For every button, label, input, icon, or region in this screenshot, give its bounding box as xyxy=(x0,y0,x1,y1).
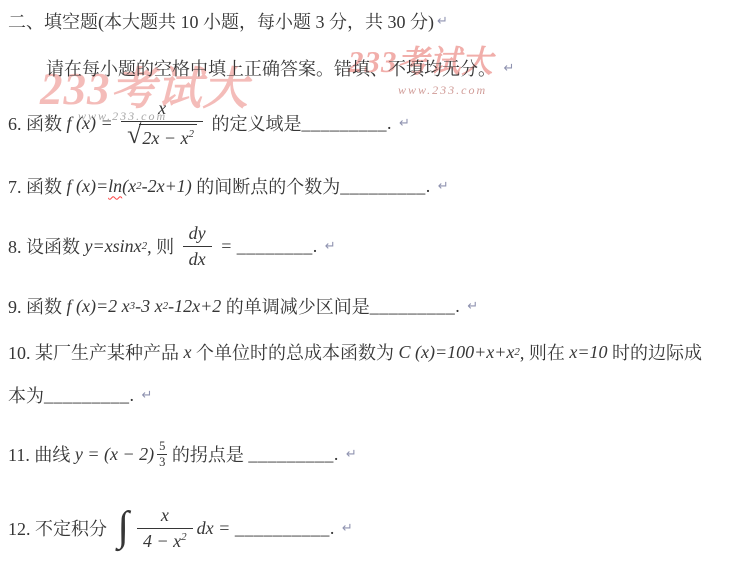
q8-comma-then: , 则 xyxy=(147,233,179,259)
q8-dy: dy xyxy=(183,223,212,246)
q6-radicand: 2x − x2 xyxy=(139,124,197,149)
q12-dx: dx xyxy=(197,518,214,539)
question-6-lead: 6. 函数 xyxy=(8,110,67,136)
answer-blank: _________ xyxy=(44,385,130,406)
question-12-lead: 12. 不定积分 xyxy=(8,515,112,541)
q6-numerator: x xyxy=(152,98,172,121)
q7-period: . xyxy=(426,176,435,197)
question-10-line2: 本为_________. ↵ xyxy=(8,381,152,409)
q8-function-expr: y=xsinx xyxy=(85,236,142,257)
section-heading: 二、填空题(本大题共 10 小题，每小题 3 分，共 30 分)↵ xyxy=(8,8,448,34)
paragraph-mark-icon: ↵ xyxy=(325,239,336,254)
q7-arg-open: (x xyxy=(122,176,136,197)
q10-period: . xyxy=(130,385,139,406)
q12-numerator: x xyxy=(155,505,175,528)
q7-ln-misspelled: ln xyxy=(108,176,122,197)
q11-exponent-fraction: 53 xyxy=(157,439,167,469)
q11-curve-base: y = (x − 2) xyxy=(75,444,154,465)
q9-poly-b: -3 x xyxy=(135,296,162,317)
watermark-233-url: www.233.com xyxy=(398,83,494,98)
q6-function-expr: f (x) = xyxy=(67,113,118,134)
question-7-tail: 的间断点的个数为 xyxy=(196,173,340,199)
q12-period: . xyxy=(330,518,339,539)
question-11-tail: 的拐点是 xyxy=(167,441,248,467)
q10-cost-function: C (x)=100+x+x xyxy=(399,342,515,363)
q10-mid3: 时的边际成 xyxy=(608,339,703,365)
integral-sign-icon: ∫ xyxy=(118,511,130,545)
question-9-tail: 的单调减少区间是 xyxy=(226,293,370,319)
paragraph-mark-icon: ↵ xyxy=(342,521,353,536)
question-10-lead: 10. 某厂生产某种产品 xyxy=(8,339,184,365)
q6-fraction: x√2x − x2 xyxy=(121,98,203,149)
q9-period: . xyxy=(455,296,464,317)
q10-x-units: x xyxy=(184,342,192,363)
answer-blank: ________ xyxy=(237,236,313,257)
q6-denominator: √2x − x2 xyxy=(121,121,203,149)
question-8: 8. 设函数 y=xsinx2, 则 dydx = ________. ↵ xyxy=(8,215,336,277)
question-9: 9. 函数 f (x)=2 x3-3 x2-12x+2 的单调减少区间是____… xyxy=(8,292,478,320)
q12-integrand-fraction: x4 − x2 xyxy=(137,505,193,552)
q12-equals: = xyxy=(214,518,235,539)
q12-denominator-text: 4 − x xyxy=(143,531,181,551)
q6-period: . xyxy=(387,113,396,134)
paragraph-mark-icon: ↵ xyxy=(467,299,478,314)
paragraph-mark-icon: ↵ xyxy=(346,447,357,462)
question-12: 12. 不定积分 ∫x4 − x2dx = __________. ↵ xyxy=(8,494,353,562)
q12-exponent: 2 xyxy=(181,531,187,543)
q10-mid1: 个单位时的总成本函数为 xyxy=(192,339,399,365)
question-8-lead: 8. 设函数 xyxy=(8,233,85,259)
q10-mid2: , 则在 xyxy=(520,339,570,365)
paragraph-mark-icon: ↵ xyxy=(438,179,449,194)
question-6-tail: 的定义域是 xyxy=(207,110,302,136)
paragraph-mark-icon: ↵ xyxy=(437,14,448,29)
question-11: 11. 曲线 y = (x − 2)53 的拐点是 _________. ↵ xyxy=(8,423,357,485)
instructions-line: 请在每小题的空格中填上正确答案。错填、不填均无分。 ↵ xyxy=(46,55,514,81)
answer-blank: __________ xyxy=(235,518,330,539)
q9-poly-c: -12x+2 xyxy=(168,296,226,317)
q10-line2-text: 本为 xyxy=(8,382,44,408)
question-10-line1: 10. 某厂生产某种产品 x 个单位时的总成本函数为 C (x)=100+x+x… xyxy=(8,337,702,367)
q11-period: . xyxy=(334,444,343,465)
q10-x-equals-10: x=10 xyxy=(569,342,607,363)
q6-radicand-exponent: 2 xyxy=(189,128,195,140)
q6-radicand-text: 2x − x xyxy=(142,128,188,148)
q8-dx: dx xyxy=(183,246,212,270)
question-7: 7. 函数 f (x)=ln(x2-2x+1) 的间断点的个数为________… xyxy=(8,172,449,200)
answer-blank: _________ xyxy=(248,444,334,465)
q11-exp-denominator: 3 xyxy=(157,454,167,469)
q8-period: . xyxy=(313,236,322,257)
answer-blank: _________ xyxy=(302,113,388,134)
paragraph-mark-icon: ↵ xyxy=(142,388,153,403)
document-page: 233考试大 www.233.com 233考试大 www.233.com 二、… xyxy=(0,0,756,570)
q11-exp-numerator: 5 xyxy=(159,439,165,453)
q7-function-expr: f (x)= xyxy=(67,176,109,197)
q7-arg-rest: -2x+1) xyxy=(142,176,197,197)
q8-equals: = xyxy=(216,236,237,257)
answer-blank: _________ xyxy=(340,176,426,197)
question-6: 6. 函数 f (x) = x√2x − x2 的定义域是_________. … xyxy=(8,90,410,156)
question-9-lead: 9. 函数 xyxy=(8,293,67,319)
paragraph-mark-icon: ↵ xyxy=(504,61,515,76)
q12-denominator: 4 − x2 xyxy=(137,528,193,552)
paragraph-mark-icon: ↵ xyxy=(399,116,410,131)
section-heading-text: 二、填空题(本大题共 10 小题，每小题 3 分，共 30 分) xyxy=(8,8,434,34)
question-11-lead: 11. 曲线 xyxy=(8,441,75,467)
q8-derivative-fraction: dydx xyxy=(183,223,212,270)
question-7-lead: 7. 函数 xyxy=(8,173,67,199)
q9-poly-a: f (x)=2 x xyxy=(67,296,130,317)
answer-blank: _________ xyxy=(370,296,456,317)
instructions-text: 请在每小题的空格中填上正确答案。错填、不填均无分。 xyxy=(46,55,501,81)
square-root: √2x − x2 xyxy=(127,124,197,149)
